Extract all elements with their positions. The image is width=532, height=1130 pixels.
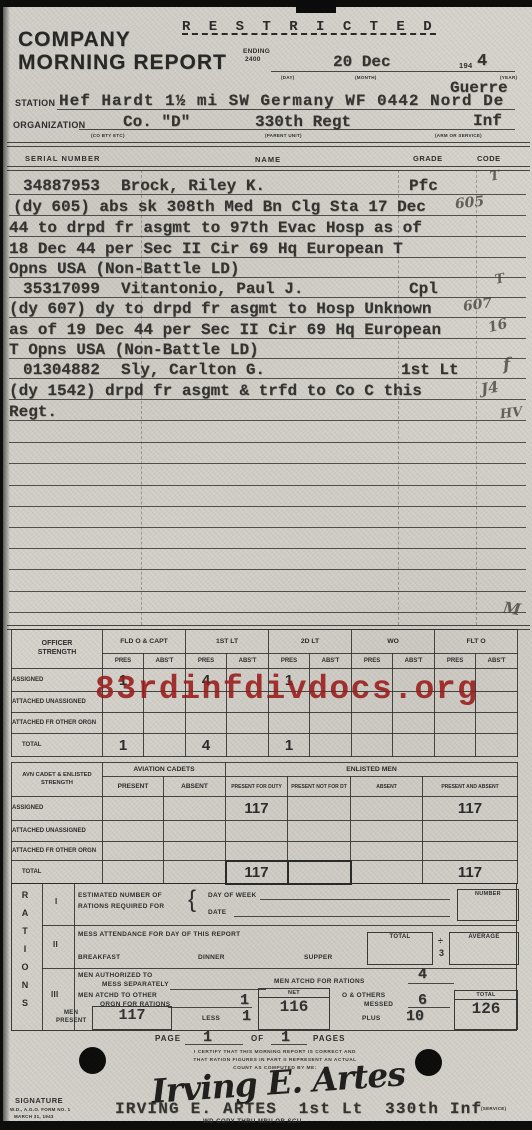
officer-title-line2: STRENGTH: [38, 649, 77, 656]
fill-line: [271, 1033, 307, 1045]
scan-edge-shadow: [0, 0, 10, 1130]
service-sublabel: (SERVICE): [481, 1106, 506, 1111]
entry-name: Vitantonio, Paul J.: [121, 280, 303, 298]
supper-label: SUPPER: [304, 954, 333, 961]
handwritten-code-mark: T: [489, 168, 501, 184]
table-cell: [476, 713, 518, 734]
section-divider: [7, 166, 530, 171]
net-value: 116: [259, 998, 329, 1016]
col-subheader: PRES: [352, 654, 393, 669]
ruled-line: [9, 506, 526, 507]
col-group-header: FLD O & CAPT: [103, 630, 186, 654]
less-value: 1: [242, 1008, 251, 1025]
col-group-header: FLT O: [435, 630, 518, 654]
ruled-line: [9, 591, 526, 592]
men-present-label1: MEN: [64, 1010, 78, 1016]
number-box-label: NUMBER: [458, 890, 518, 897]
entry-remark-line: 18 Dec 44 per Sec II Cir 69 Hq European …: [9, 240, 403, 258]
officer-title-line1: OFFICER: [42, 640, 73, 647]
entry-remark-line: (dy 605) abs sk 308th Med Bn Clg Sta 17 …: [13, 198, 426, 216]
divider: [42, 968, 516, 969]
divisor-three: 3: [439, 948, 444, 958]
table-cell: [351, 861, 423, 884]
handwritten-stray-mark: M: [502, 598, 522, 619]
table-cell: [310, 734, 352, 757]
handwritten-margin-note: 605: [454, 194, 485, 213]
col-group-header: 2D LT: [269, 630, 352, 654]
table-cell: [103, 861, 164, 884]
table-cell: [352, 734, 393, 757]
table-cell: [164, 797, 226, 821]
col-subheader: PRESENT FOR DUTY: [226, 777, 288, 797]
day-of-week-label: DAY OF WEEK: [208, 892, 256, 899]
net-box: NET 116: [258, 988, 330, 1030]
col-group-header: 1ST LT: [186, 630, 269, 654]
section-divider: [7, 142, 530, 147]
handwritten-margin-note: J4: [480, 378, 500, 399]
rations-total-box: TOTAL 126: [454, 990, 518, 1030]
scan-top-notch: [296, 0, 336, 13]
table-cell: [352, 713, 393, 734]
year-preprint: 194: [459, 61, 472, 70]
month-sublabel: (MONTH): [355, 75, 377, 80]
scanned-morning-report: R E S T R I C T E D COMPANY MORNING REPO…: [0, 0, 532, 1130]
page-label: PAGE: [155, 1034, 181, 1043]
rations-total-label: TOTAL: [455, 991, 517, 1000]
divider: [74, 884, 75, 1030]
col-group-header: AVIATION CADETS: [103, 763, 226, 777]
signature-label: SIGNATURE: [15, 1096, 63, 1105]
table-cell: 4: [186, 734, 227, 757]
col-subheader: ABS'T: [476, 654, 518, 669]
routing-note: WD COPY THRU MRU OR SCU: [203, 1119, 302, 1125]
entry-remark-line: (dy 1542) drpd fr asgmt & trfd to Co C t…: [9, 382, 422, 400]
table-cell: [186, 713, 227, 734]
col-subheader: ABSENT: [351, 777, 423, 797]
form-title-line1: COMPANY: [18, 28, 131, 52]
table-cell: [476, 669, 518, 692]
plus-value: 10: [406, 1008, 424, 1025]
col-header-serial: SERIAL NUMBER: [25, 154, 100, 163]
entry-remark-line: 44 to drpd fr asgmt to 97th Evac Hosp as…: [9, 219, 422, 237]
others-messed-label1: O & OTHERS: [342, 992, 385, 999]
table-cell: [144, 713, 186, 734]
divider: [42, 925, 516, 926]
table-cell: [435, 713, 476, 734]
divider: [42, 884, 43, 1030]
table-cell: [103, 842, 164, 861]
men-present-value: 117: [93, 1007, 171, 1024]
col-subheader: ABSENT: [164, 777, 226, 797]
number-box: NUMBER: [457, 889, 519, 921]
pages-label: PAGES: [313, 1034, 345, 1043]
col-subheader: PRES: [435, 654, 476, 669]
rations-estimated-label2: RATIONS REQUIRED FOR: [78, 903, 164, 910]
table-cell: [476, 692, 518, 713]
col-group-header: ENLISTED MEN: [226, 763, 518, 777]
col-header-name: NAME: [255, 155, 281, 164]
row-label: ATTACHED UNASSIGNED: [12, 821, 103, 842]
entry-serial: 34887953: [23, 177, 100, 195]
ruled-line: [9, 612, 526, 613]
officer-table-title: OFFICERSTRENGTH: [12, 630, 103, 669]
handwritten-margin-note: HV: [499, 405, 523, 423]
table-cell: [227, 734, 269, 757]
table-cell: 1: [269, 734, 310, 757]
report-year: 4: [477, 52, 487, 71]
table-cell: 117: [423, 861, 518, 884]
table-cell: [351, 821, 423, 842]
table-cell: [164, 861, 226, 884]
classification-banner: R E S T R I C T E D: [182, 19, 437, 35]
table-cell: [435, 734, 476, 757]
table-cell: [103, 797, 164, 821]
form-title-line2: MORNING REPORT: [18, 51, 227, 75]
organization-underline: [79, 108, 515, 130]
rations-section: RATIONS I II III ESTIMATED NUMBER OF RAT…: [11, 883, 517, 1031]
row-label: TOTAL: [12, 861, 103, 884]
fill-line: [185, 1033, 243, 1045]
table-cell: [288, 821, 351, 842]
table-cell: [310, 713, 352, 734]
rations-side-label: RATIONS: [20, 890, 30, 1016]
row-label: ATTACHED FR OTHER ORGN: [12, 713, 103, 734]
table-cell: [288, 861, 351, 884]
men-authorized-label2: MESS SEPARATELY: [102, 981, 169, 988]
section-numeral-2: II: [53, 940, 58, 949]
report-date: 20 Dec: [333, 53, 391, 71]
ruled-line: [9, 527, 526, 528]
table-cell: [103, 713, 144, 734]
ruled-line: [9, 420, 526, 421]
org-parent-sublabel: (PARENT UNIT): [265, 133, 302, 138]
entry-serial: 01304882: [23, 361, 100, 379]
fill-line: [408, 996, 450, 1008]
atchd-other-label1: MEN ATCHD TO OTHER: [78, 992, 157, 999]
row-label: TOTAL: [12, 734, 103, 757]
table-cell: [288, 797, 351, 821]
ending-label: ENDING: [243, 48, 270, 55]
section-numeral-1: I: [55, 897, 58, 906]
entry-name: Brock, Riley K.: [121, 177, 265, 195]
average-box-label: AVERAGE: [450, 933, 518, 940]
org-company-sublabel: (CO BTY ETC): [91, 133, 125, 138]
handwritten-margin-note: 607: [462, 295, 493, 315]
men-atchd-rations-label: MEN ATCHD FOR RATIONS: [274, 978, 365, 985]
table-cell: 117: [226, 861, 288, 884]
handwritten-margin-note: 16: [486, 316, 509, 336]
mess-attendance-heading: MESS ATTENDANCE FOR DAY OF THIS REPORT: [78, 931, 240, 938]
ruled-line: [9, 442, 526, 443]
ending-time-label: 2400: [245, 56, 261, 63]
col-subheader: ABS'T: [227, 654, 269, 669]
plus-label: PLUS: [362, 1015, 381, 1022]
entry-name: Sly, Carlton G.: [121, 361, 265, 379]
row-label: ATTACHED FR OTHER ORGN: [12, 842, 103, 861]
table-cell: [351, 797, 423, 821]
others-messed-label2: MESSED: [364, 1001, 393, 1008]
col-subheader: PRESENT: [103, 777, 164, 797]
col-subheader: ABS'T: [144, 654, 186, 669]
table-cell: [476, 734, 518, 757]
table-cell: [226, 842, 288, 861]
table-cell: [423, 842, 518, 861]
table-cell: 1: [103, 734, 144, 757]
col-subheader: ABS'T: [310, 654, 352, 669]
men-present-box: 117: [92, 1006, 172, 1030]
entry-remark-line: Opns USA (Non-Battle LD): [9, 260, 239, 278]
table-cell: [227, 713, 269, 734]
entry-remark-line: (dy 607) dy to drpd fr asgmt to Hosp Unk…: [9, 300, 431, 318]
date-label: DATE: [208, 909, 226, 916]
station-underline: [57, 87, 515, 110]
table-cell: [164, 821, 226, 842]
ruled-line: [9, 463, 526, 464]
ruled-line: [9, 485, 526, 486]
fill-line: [168, 996, 252, 1008]
table-cell: [269, 713, 310, 734]
enlisted-table-title: AVN CADET & ENLISTED STRENGTH: [12, 763, 103, 797]
entry-remark-line: as of 19 Dec 44 per Sec II Cir 69 Hq Eur…: [9, 321, 441, 339]
total-box-label: TOTAL: [368, 933, 432, 940]
table-cell: [103, 821, 164, 842]
paper-sheet: R E S T R I C T E D COMPANY MORNING REPO…: [3, 7, 532, 1121]
row-label: ASSIGNED: [12, 797, 103, 821]
organization-label: ORGANIZATION: [13, 120, 85, 130]
entry-grade: 1st Lt: [401, 361, 459, 379]
col-group-header: WO: [352, 630, 435, 654]
ruled-line: [9, 569, 526, 570]
entry-remark-line: Regt.: [9, 403, 57, 421]
table-cell: 117: [423, 797, 518, 821]
form-number-line1: W.D., A.G.O. FORM NO. 1: [10, 1107, 71, 1112]
org-service-sublabel: (ARM OR SERVICE): [435, 133, 482, 138]
ruled-line: [9, 548, 526, 549]
table-cell: [393, 713, 435, 734]
punch-hole-right: [415, 1049, 442, 1076]
breakfast-label: BREAKFAST: [78, 954, 120, 961]
table-cell: [226, 821, 288, 842]
col-subheader: PRES: [103, 654, 144, 669]
fill-line: [234, 903, 450, 917]
archive-watermark: 83rdinfdivdocs.org: [95, 671, 478, 708]
col-subheader: PRESENT AND ABSENT: [423, 777, 518, 797]
average-box: AVERAGE: [449, 932, 519, 965]
col-header-code: CODE: [477, 154, 501, 163]
section-numeral-3: III: [51, 990, 59, 999]
row-label: ASSIGNED: [12, 669, 103, 692]
table-cell: [164, 842, 226, 861]
entry-remark-line: T Opns USA (Non-Battle LD): [9, 341, 259, 359]
men-authorized-label1: MEN AUTHORIZED TO: [78, 972, 152, 979]
entry-grade: Cpl: [409, 280, 438, 298]
of-label: OF: [251, 1034, 264, 1043]
enlisted-strength-table: AVN CADET & ENLISTED STRENGTH AVIATION C…: [11, 762, 518, 885]
col-subheader: PRES: [186, 654, 227, 669]
table-cell: 117: [226, 797, 288, 821]
brace-glyph: {: [188, 886, 196, 914]
table-cell: [393, 734, 435, 757]
net-box-label: NET: [259, 989, 329, 998]
col-subheader: PRES: [269, 654, 310, 669]
divide-sign: ÷: [438, 936, 443, 946]
handwritten-code-mark: T: [494, 271, 507, 288]
form-number-line2: MARCH 31, 1943: [14, 1114, 54, 1119]
row-label: ATTACHED UNASSIGNED: [12, 692, 103, 713]
column-separator: [476, 170, 477, 625]
col-subheader: ABS'T: [393, 654, 435, 669]
punch-hole-left: [79, 1047, 106, 1074]
table-cell: [288, 842, 351, 861]
table-cell: [144, 734, 186, 757]
less-label: LESS: [202, 1015, 220, 1022]
dinner-label: DINNER: [198, 954, 225, 961]
table-cell: [423, 821, 518, 842]
fill-line: [260, 886, 450, 900]
rations-total-value: 126: [455, 1000, 517, 1018]
col-header-grade: GRADE: [413, 154, 443, 163]
fill-line: [170, 978, 266, 990]
station-label: STATION: [15, 98, 55, 108]
entry-serial: 35317099: [23, 280, 100, 298]
table-cell: [351, 842, 423, 861]
fill-line: [408, 972, 454, 984]
rations-estimated-label1: ESTIMATED NUMBER OF: [78, 892, 162, 899]
col-subheader: PRESENT NOT FOR DT: [288, 777, 351, 797]
entry-grade: Pfc: [409, 177, 438, 195]
day-sublabel: (DAY): [281, 75, 295, 80]
men-present-label2: PRESENT: [56, 1018, 86, 1024]
total-box: TOTAL: [367, 932, 433, 965]
